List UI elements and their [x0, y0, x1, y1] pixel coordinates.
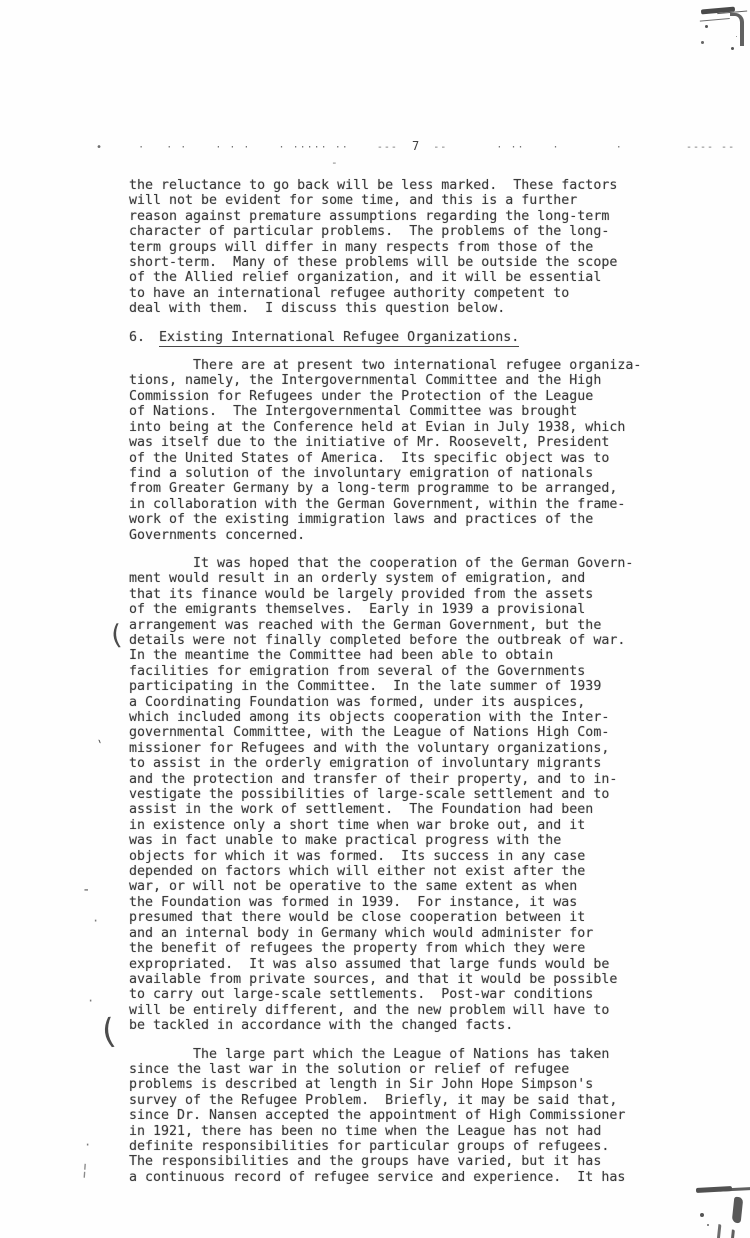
scanned-document-page: • · · · · · · · ····· ·· --- 7 -- · ·· ·… — [0, 0, 750, 1238]
ink-smudge-bottom-right — [690, 1183, 748, 1237]
paragraph: The large part which the League of Natio… — [129, 1047, 641, 1186]
smudge-speck — [700, 1213, 704, 1217]
paragraph-continuation: the reluctance to go back will be less m… — [129, 178, 641, 317]
smudge-speck — [705, 25, 708, 28]
paragraph: There are at present two international r… — [129, 358, 641, 543]
section-heading: 6.Existing International Refugee Organiz… — [129, 330, 641, 345]
smudge-hook — [730, 13, 744, 46]
margin-dash-mark: - — [82, 882, 90, 898]
fold-marks-left: • · · · · · · · ····· ·· --- — [96, 142, 412, 153]
pen-mark-paren-upper: ( — [107, 619, 126, 651]
fold-marks-right: -- · ·· · · ---- -- · · · · · ··-- --· — [419, 142, 748, 153]
section-title: Existing International Refugee Organizat… — [159, 330, 519, 347]
margin-tick-mark: ` — [91, 737, 105, 757]
smudge-bar — [696, 1186, 732, 1193]
page-edge-tick: ¦ — [79, 1160, 90, 1180]
page-number-underscore: - — [331, 156, 338, 169]
margin-speck: · — [92, 914, 99, 928]
margin-speck: · — [87, 994, 94, 1008]
document-text-block: the reluctance to go back will be less m… — [129, 178, 641, 1198]
smudge-blotch — [732, 1197, 744, 1224]
section-number: 6. — [129, 330, 145, 345]
ink-smudge-top-right — [693, 5, 748, 49]
paragraph: It was hoped that the cooperation of the… — [129, 556, 641, 1034]
page-header-fold-line: • · · · · · · · ····· ·· --- 7 -- · ·· ·… — [96, 139, 748, 153]
pen-mark-paren-lower: ( — [96, 1011, 121, 1053]
margin-speck: · — [84, 1138, 91, 1152]
